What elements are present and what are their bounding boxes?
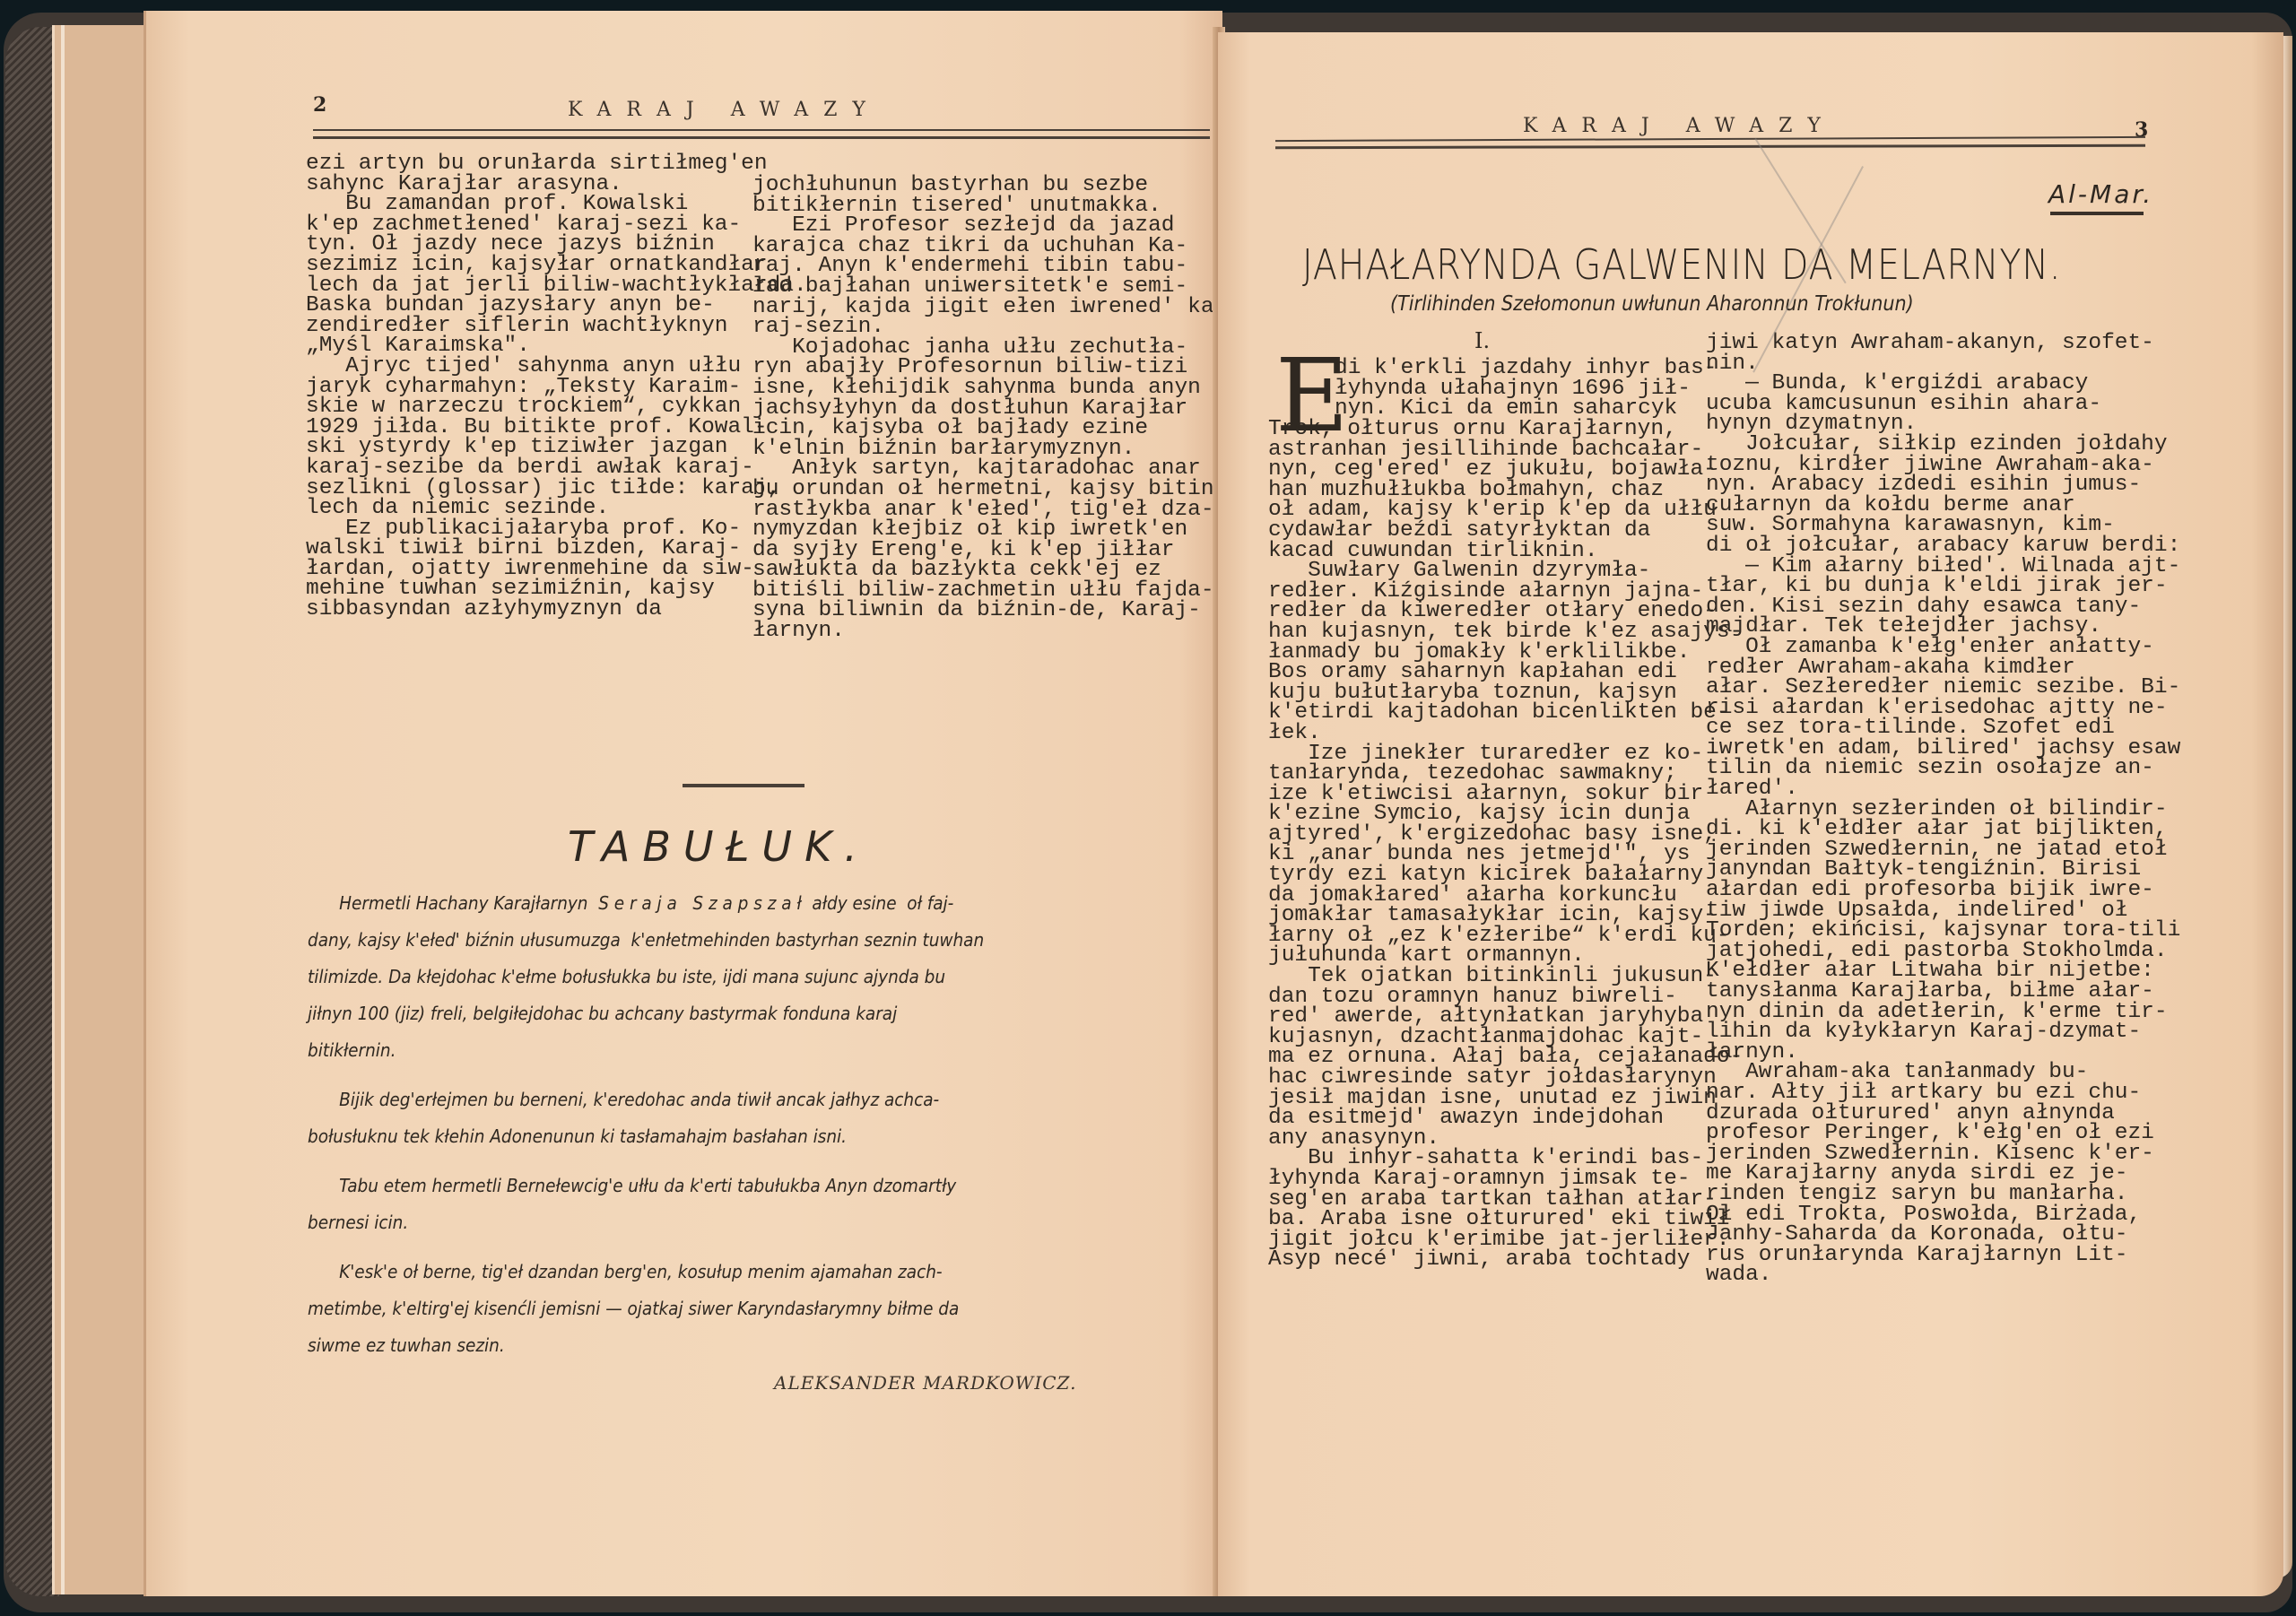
author-byline: Al-Mar. (2048, 179, 2153, 209)
text-line: wada. (1706, 1265, 2136, 1286)
header-rule-bottom (1275, 144, 2145, 150)
tabuluk-line: Hermetli Hachany Karajłarnyn S e r a j a… (308, 885, 1205, 922)
header-rule-bottom (313, 136, 1210, 139)
page-stack-left (52, 25, 155, 1594)
book-spine-cloth (5, 27, 59, 1596)
tabuluk-line: bernesi icin. (308, 1204, 1205, 1241)
tabuluk-title: TABUŁUK. (568, 822, 870, 871)
tabuluk-line: K'esk'e oł berne, tig'eł dzandan berg'en… (308, 1254, 1205, 1290)
article-title: JAHAŁARYNDA GALWENIN DA MELARNYN. (1302, 240, 2061, 289)
page-stack-left-edge (61, 25, 65, 1594)
tabuluk-line: bitikłernin. (308, 1032, 1205, 1069)
tabuluk-body: Hermetli Hachany Karajłarnyn S e r a j a… (308, 885, 1205, 1364)
running-head: KARAJ AWAZY (1523, 115, 1836, 137)
text-line: sibbasyndan azłyhymyznyn da (306, 600, 735, 621)
tabuluk-line: bołusłuknu tek kłehin Adonenunun ki tasł… (308, 1118, 1205, 1155)
paragraph-gap (308, 1241, 1205, 1254)
tabuluk-line: metimbe, k'eltirg'ej kisenćli jemisni — … (308, 1290, 1205, 1327)
text-line: k'etirdi kajtadohan bicenlikten be- (1268, 703, 1681, 724)
tabuluk-line: Bijik deg'erłejmen bu berneni, k'eredoha… (308, 1082, 1205, 1118)
tabuluk-line: tilimizde. Da kłejdohac k'ełme bołusłukk… (308, 959, 1205, 995)
text-line: łarnyn. (752, 621, 1190, 642)
header-rule-top (313, 129, 1210, 131)
article-subtitle: (Tirlihinden Szełomonun uwłunun Aharonnu… (1390, 292, 1914, 316)
byline-underline (2050, 212, 2144, 215)
text-column-left: ezi artyn bu orunłarda sirtiłmeg'ensahyn… (306, 154, 735, 621)
paragraph-gap (308, 1155, 1205, 1168)
tabuluk-line: Tabu etem hermetli Bernełewcig'e ułłu da… (308, 1168, 1205, 1204)
paragraph-gap (308, 1069, 1205, 1082)
text-column-right: jiwi katyn Awraham-akanyn, szofet-nin. —… (1706, 334, 2136, 1286)
tabuluk-line: jiłnyn 100 (jiz) freli, belgiłejdohac bu… (308, 995, 1205, 1032)
signature: ALEKSANDER MARDKOWICZ. (774, 1372, 1076, 1394)
text-column-left: Trok, ołturus ornu Karajłarnyn,astranhan… (1268, 420, 1681, 1271)
tabuluk-line: siwme ez tuwhan sezin. (308, 1327, 1205, 1364)
section-number: I. (1474, 328, 1490, 353)
page-number: 2 (313, 93, 326, 117)
left-page: 2 KARAJ AWAZY ezi artyn bu orunłarda sir… (143, 11, 1222, 1596)
tabuluk-line: dany, kajsy k'ełed' biźnin ułusumuzga k'… (308, 922, 1205, 959)
section-separator (683, 784, 804, 787)
right-page: KARAJ AWAZY 3 Al-Mar. JAHAŁARYNDA GALWEN… (1218, 32, 2283, 1596)
text-column-left-dropcap-lines: di k'erkli jazdahy inhyr bas-łyhynda uła… (1335, 359, 1681, 420)
running-head: KARAJ AWAZY (568, 99, 881, 121)
page-number: 3 (2135, 118, 2148, 142)
text-column-right: jochłuhunun bastyrhan bu sezbebitikłerni… (752, 176, 1190, 642)
text-line: Asyp necé' jiwni, araba tochtady (1268, 1250, 1681, 1271)
